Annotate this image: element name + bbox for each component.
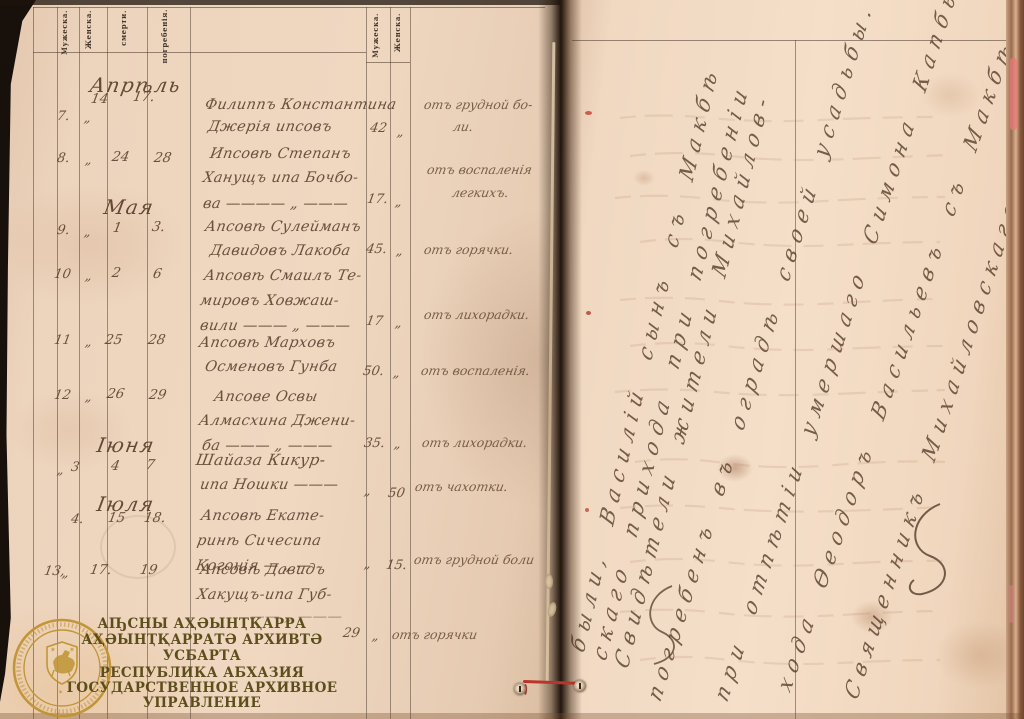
ditto-mark: „ [84,336,93,351]
header-bottom-rule [33,52,366,53]
watermark-line-abkhaz-2: АҲӘЫНҬҚАРРАТӘ АРХИВТӘ [46,634,358,648]
blind-emboss-mark [100,515,176,579]
watermark-line-russian-1: РЕСПУБЛИКА АБХАЗИЯ [46,667,358,681]
table-rule [147,7,148,719]
death-date: 25 [104,333,124,349]
age-header-bottom-rule [366,62,410,63]
cause-of-death: отъ грудной бо- [423,98,534,112]
table-rule [79,7,80,719]
ditto-mark: „ [56,464,65,479]
table-rule [33,7,34,719]
deceased-name: Филиппъ Константина [204,97,398,114]
deceased-name: Шайаза Кикур- [194,452,327,470]
ditto-mark: „ [394,196,403,211]
scan-edge-bottom [0,713,1024,719]
watermark-line-russian-3: УПРАВЛЕНИЕ [46,697,358,711]
ditto-mark: „ [394,317,403,332]
cause-of-death: отъ горячки [391,628,479,642]
table-rule [410,7,411,719]
cause-of-death: отъ грудной боли [413,553,536,567]
stitch-eyelet [514,683,526,695]
deceased-name: ва ———— „ ——— [202,196,350,213]
ditto-mark: „ [84,270,93,285]
burial-date: 6 [152,267,163,283]
cause-of-death: отъ воспаленія [426,163,533,177]
age-male: 42 [369,122,388,137]
deceased-name: Апсовѣ Сулейманъ [204,219,363,236]
watermark-line-abkhaz-1: АҦСНЫ АҲӘЫНҬҚАРРА [46,618,358,632]
deceased-name: Ипсовѣ Степанъ [209,146,353,163]
age-male: 35. [363,437,386,452]
deceased-name: мировъ Ховжаш- [199,293,341,310]
entry-no-male: 12 [53,389,72,404]
deceased-name: Апсовѣ Давидъ [199,562,327,579]
column-header-death-date: смерти. [120,10,127,46]
deceased-name: вили ——— „ ——— [199,318,352,335]
watermark-line-abkhaz-3: УСБАРТА [46,650,358,664]
burial-date: 28 [153,151,173,167]
deceased-name: Алмасхина Джени- [198,413,357,430]
column-header-burial-date: погребенія. [161,9,168,64]
deceased-name: Апсовѣ Екате- [200,508,326,525]
age-male: 45. [365,243,388,258]
archival-scan: Мужеска. Женска. смерти. погребенія. Муж… [0,0,1024,719]
cause-of-death: легкихъ. [451,186,510,200]
ditto-mark: „ [83,226,92,241]
deceased-name: ипа Ношки ——— [199,477,340,494]
age-female: 15. [385,559,408,574]
cause-of-death: отъ чахотки. [414,480,509,494]
column-header-count-female: Женска. [85,10,92,49]
table-top-rule [33,7,545,8]
entry-no-male: 11 [53,334,72,349]
deceased-name: Апсове Освы [213,389,319,406]
cause-of-death: отъ воспаленія. [420,364,531,378]
right-page-note: были, Василій сынъ съ Макбѣ скаго приход… [560,0,1008,719]
cause-of-death: отъ лихорадки. [423,308,531,322]
entry-no-male: 7. [56,110,71,125]
watermark-line-russian-2: ГОСУДАРСТВЕННОЕ АРХИВНОЕ [46,682,358,696]
ditto-mark: „ [84,154,93,169]
pink-page-edge-mark [1009,585,1014,623]
deceased-name: Апсовѣ Смаилъ Те- [203,268,364,285]
entry-no-male: 9. [56,224,71,239]
deceased-name: Апсовѣ Марховъ [198,335,337,352]
age-female: 50 [387,487,406,502]
ditto-mark: „ [396,126,405,141]
burial-date: 7 [145,458,156,474]
ditto-mark: „ [363,485,372,500]
deceased-name: Хакущъ-ипа Губ- [196,587,334,604]
age-male: 17. [366,193,389,208]
age-male: 17 [365,315,384,330]
table-rule [366,7,367,719]
stitch-eyelet [574,680,586,692]
cause-of-death: отъ горячки. [423,243,515,257]
column-header-count-male: Мужеска. [61,10,68,55]
entry-no-female: 4. [70,513,85,528]
deceased-name: Давидовъ Лакоба [209,243,352,260]
burial-date: 29 [148,388,168,404]
table-rule [390,7,391,719]
month-header: Іюня [95,434,157,457]
ditto-mark: „ [83,112,92,127]
death-date: 1 [112,221,123,237]
death-date: 14 [90,92,110,108]
death-date: 24 [111,150,131,166]
entry-no-male: 10 [53,268,72,283]
column-header-age-male: Мужеска. [372,13,379,58]
ditto-mark: „ [363,558,372,573]
cause-of-death: отъ лихорадки. [421,436,529,450]
burial-date: 28 [147,333,167,349]
burial-date: 3. [151,220,167,236]
cause-of-death: ли. [452,120,475,134]
death-date: 2 [111,266,122,282]
deceased-name: Джерія ипсовъ [207,119,334,136]
ditto-mark: „ [84,391,93,406]
table-rule [190,7,191,719]
thread-knot [545,574,553,589]
ditto-mark: „ [392,367,401,382]
death-date: 26 [106,387,126,403]
ditto-mark: „ [393,438,402,453]
table-rule [107,7,108,719]
column-header-age-female: Женска. [394,13,401,52]
age-male: 50. [362,365,385,380]
deceased-name: ринѣ Сичесипа [196,533,323,550]
ditto-mark: „ [371,630,380,645]
scan-dark-edge-top [0,0,560,5]
red-mark [585,111,592,115]
entry-no-male: 8. [56,152,71,167]
ditto-mark: „ [61,567,70,582]
deceased-name: Осменовъ Гунба [204,359,339,376]
ditto-mark: „ [395,245,404,260]
pink-page-edge-mark [1010,58,1017,130]
bleedthrough-text-ghost [560,0,1008,719]
deceased-name: Ханущъ ипа Бочбо- [202,170,360,187]
burial-date: 17. [132,90,156,106]
left-page-burial-register: Мужеска. Женска. смерти. погребенія. Муж… [0,0,560,719]
death-date: 4 [110,459,121,475]
month-header: Мая [102,196,156,219]
